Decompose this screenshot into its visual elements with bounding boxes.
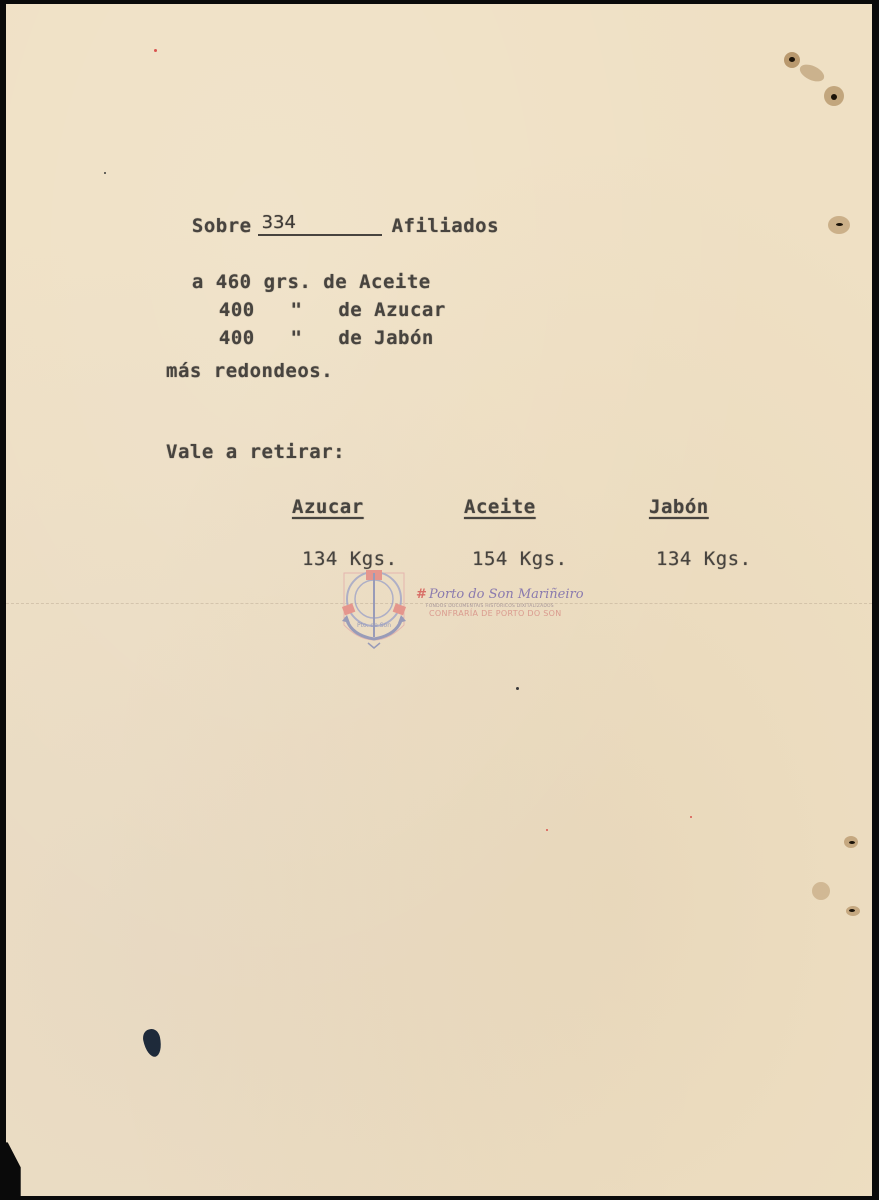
svg-text:Pto. de Son: Pto. de Son [357, 622, 391, 629]
voucher-label: Vale a retirar: [166, 441, 345, 463]
red-speck [546, 829, 548, 831]
rust-stain [797, 61, 826, 85]
watermark-title: #Porto do Son Mariñeiro [416, 587, 584, 602]
ration-item: de Jabón [338, 327, 434, 349]
handwritten-count: 334 [262, 212, 296, 233]
column-header-azucar: Azucar [292, 496, 364, 518]
heading-line: Sobre334Afiliados [168, 193, 499, 237]
hashtag-icon: # [416, 587, 427, 602]
punch-hole [831, 94, 837, 100]
ink-blot [141, 1028, 163, 1059]
punch-hole [836, 223, 843, 226]
dark-speck [104, 172, 106, 174]
ration-amount: 400 [219, 327, 255, 349]
column-header-jabon: Jabón [649, 496, 709, 518]
column-header-aceite: Aceite [464, 496, 536, 518]
archive-watermark: Pto. de Son #Porto do Son Mariñeiro FOND… [338, 565, 558, 650]
red-speck [690, 816, 692, 818]
lifebuoy-anchor-emblem-icon: Pto. de Son [338, 565, 410, 650]
watermark-organization: CONFRARÍA DE PORTO DO SON [429, 609, 562, 618]
red-speck [154, 49, 157, 52]
heading-suffix: Afiliados [392, 215, 499, 237]
watermark-title-text: Porto do Son Mariñeiro [429, 587, 584, 602]
value-jabon: 134 Kgs. [656, 548, 752, 570]
punch-hole [789, 57, 795, 62]
count-blank: 334 [258, 216, 382, 236]
punch-hole [849, 841, 855, 844]
ration-line: 400 " de Jabón [195, 305, 434, 349]
ration-unit: " [291, 327, 303, 349]
rust-stain [812, 882, 830, 900]
punch-hole [849, 909, 855, 912]
rounding-note: más redondeos. [166, 360, 333, 382]
heading-prefix: Sobre [192, 215, 252, 237]
dark-speck [516, 687, 519, 690]
